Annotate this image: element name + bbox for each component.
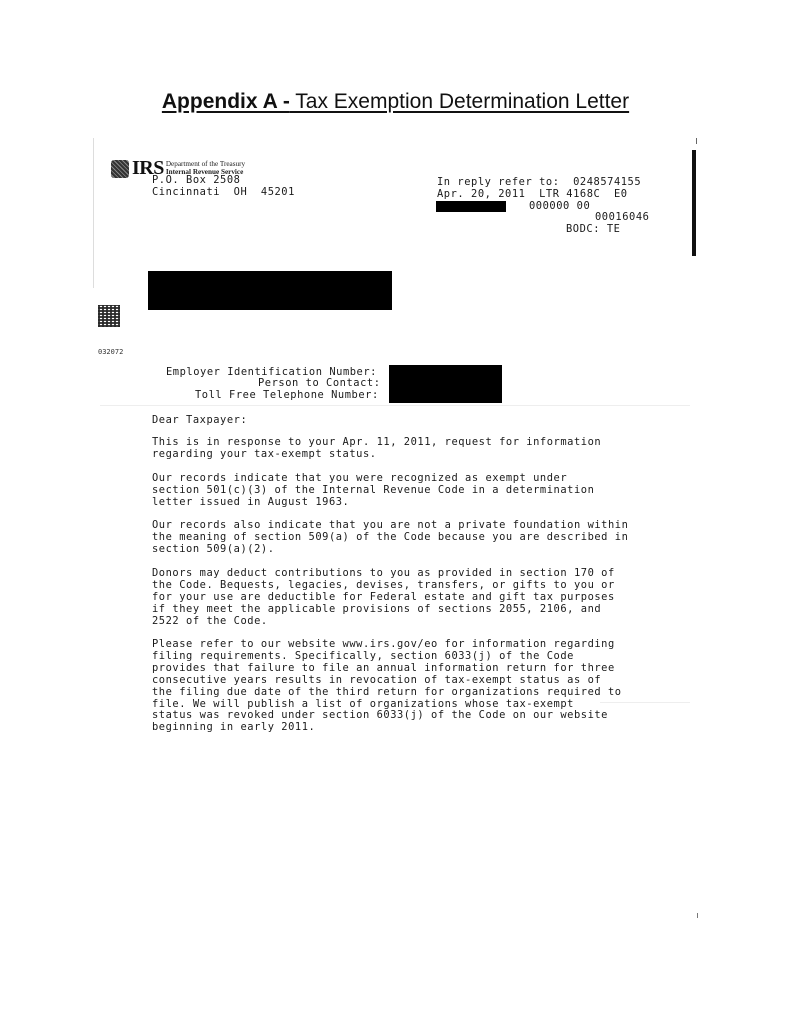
redacted-contact-info [389, 365, 502, 403]
barcode-number: 032072 [98, 348, 123, 356]
margin-tick [697, 913, 698, 918]
paragraph-4: Donors may deduct contributions to you a… [152, 568, 615, 628]
margin-bar [692, 150, 696, 256]
salutation: Dear Taxpayer: [152, 415, 247, 427]
irs-eagle-icon [111, 160, 129, 178]
title-regular: Tax Exemption Determination Letter [290, 90, 629, 113]
reference-line-5: BODC: TE [566, 224, 620, 236]
margin-tick [696, 138, 697, 144]
phone-label: Toll Free Telephone Number: [195, 390, 379, 402]
scan-edge-line [93, 138, 94, 288]
redacted-recipient-address [148, 271, 392, 310]
title-bold: Appendix A - [162, 90, 290, 113]
reference-line-3: 000000 00 [529, 201, 590, 213]
irs-address-line-2: Cincinnati OH 45201 [152, 187, 295, 199]
paragraph-5: Please refer to our website www.irs.gov/… [152, 639, 622, 734]
scan-line [600, 702, 690, 703]
paragraph-3: Our records also indicate that you are n… [152, 520, 628, 556]
page-title: Appendix A - Tax Exemption Determination… [0, 90, 791, 114]
barcode-icon [98, 305, 120, 327]
redaction-block [436, 201, 506, 212]
scan-line [100, 405, 690, 406]
paragraph-1: This is in response to your Apr. 11, 201… [152, 437, 601, 461]
paragraph-2: Our records indicate that you were recog… [152, 473, 594, 509]
